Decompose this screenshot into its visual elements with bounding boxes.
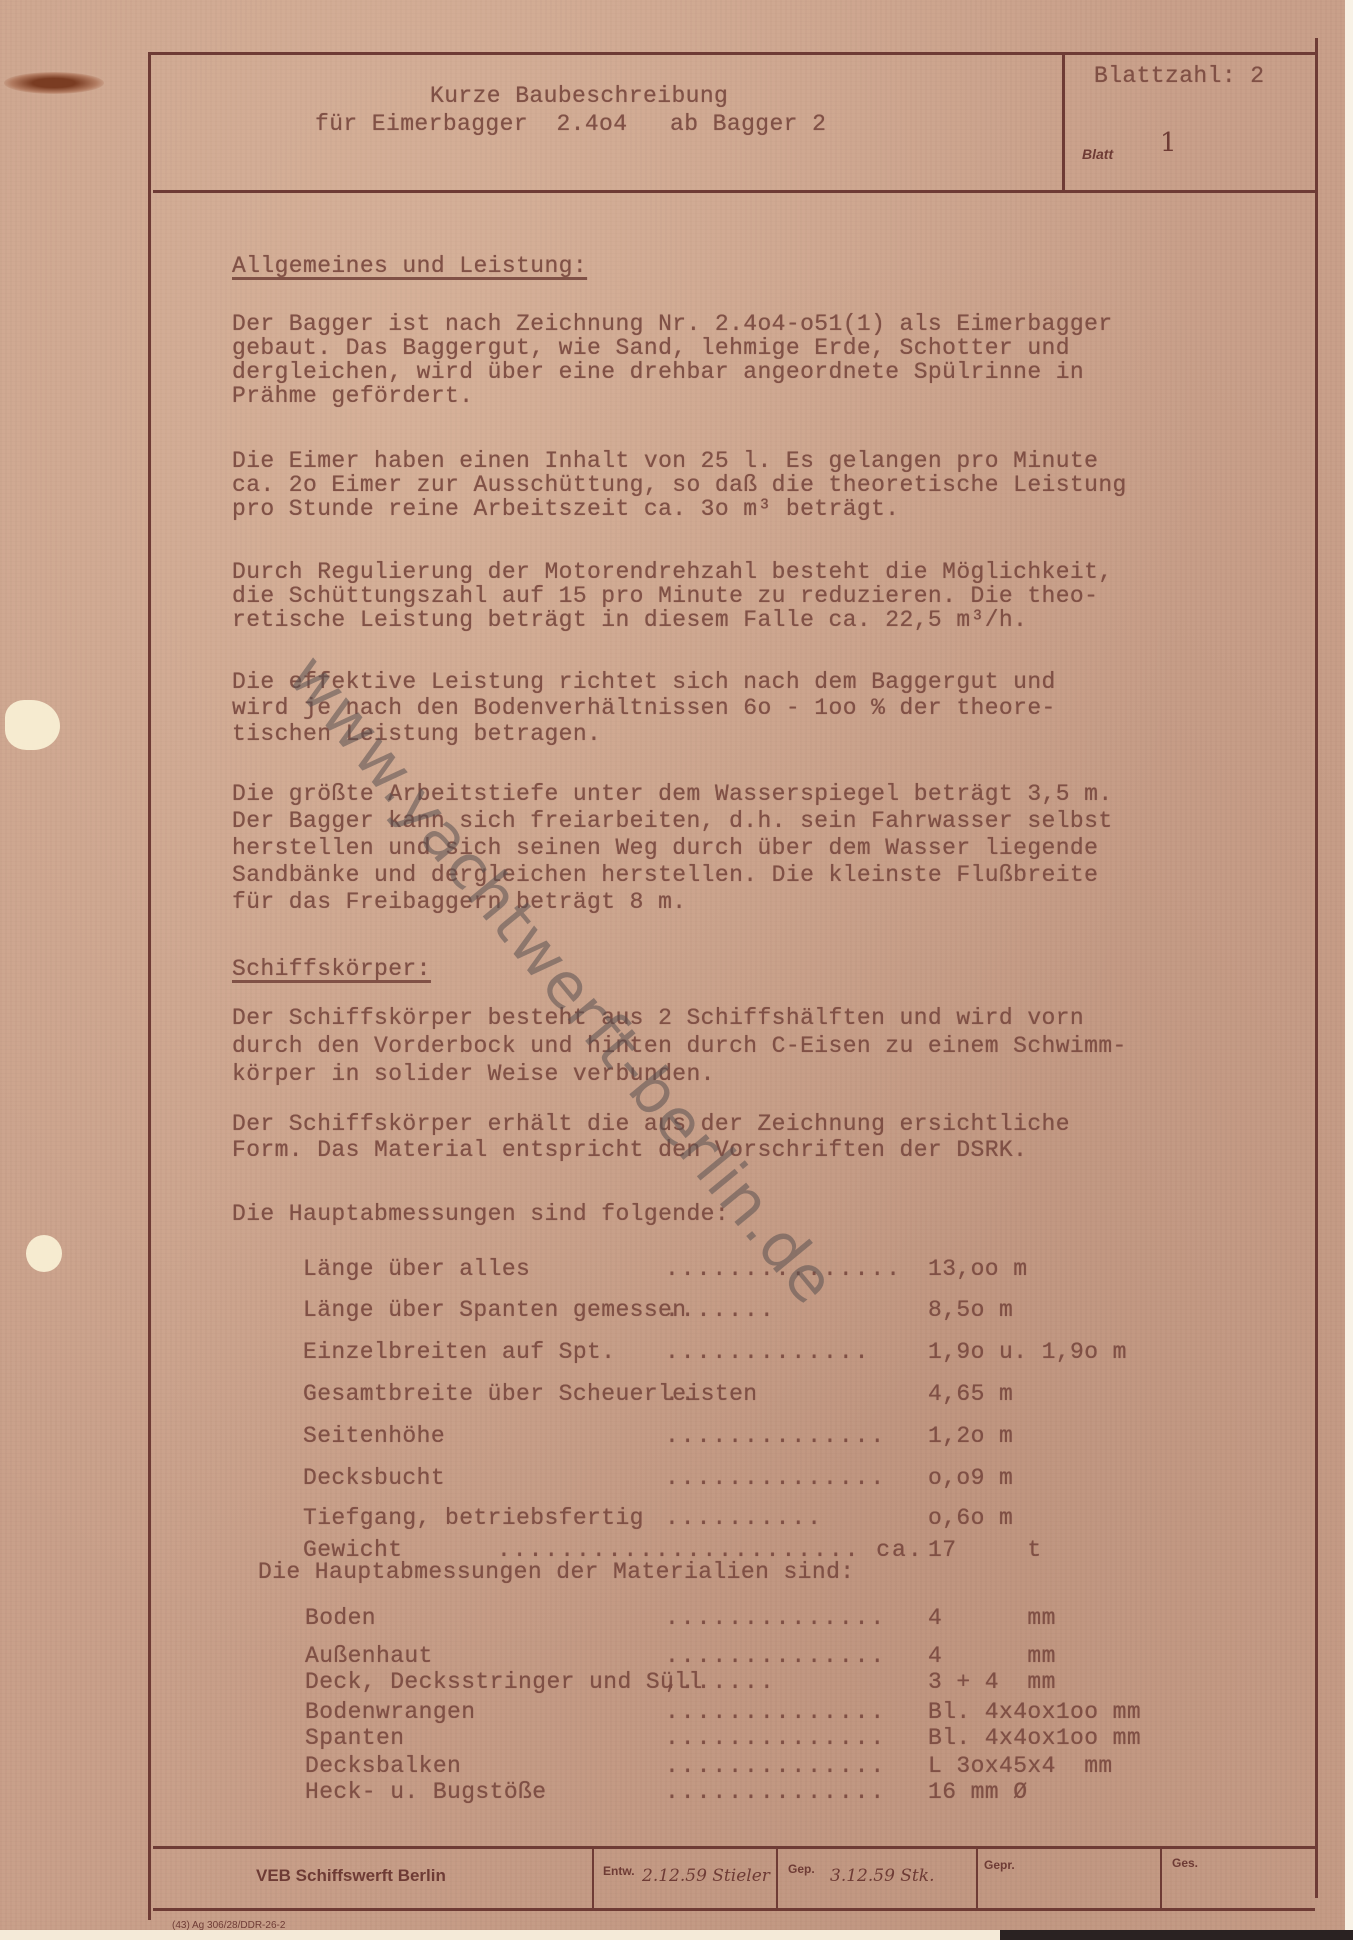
dimension-value: o,o9 m [928, 1464, 1013, 1492]
footer-col-2 [776, 1846, 778, 1908]
approved-label: Gepr. [984, 1858, 1015, 1872]
frame-left [148, 52, 151, 1920]
material-label: Decksbalken [305, 1752, 461, 1780]
material-value: L 3ox45x4 mm [928, 1752, 1113, 1780]
dimension-value: o,6o m [928, 1504, 1013, 1532]
dimension-leader: .. [665, 1380, 697, 1408]
frame-right [1315, 38, 1318, 1898]
dimension-value: 8,5o m [928, 1296, 1013, 1324]
material-leader: .............. [665, 1642, 886, 1670]
paragraph-line: Der Bagger kann sich freiarbeiten, d.h. … [232, 807, 1113, 835]
material-label: Bodenwrangen [305, 1698, 475, 1726]
material-value: 16 mm Ø [928, 1778, 1027, 1806]
dimension-leader: ............. [665, 1338, 870, 1366]
paragraph-line: durch den Vorderbock und hinten durch C-… [232, 1032, 1127, 1060]
materials-intro: Die Hauptabmessungen der Materialien sin… [258, 1558, 855, 1586]
footer-bottom [153, 1908, 1315, 1911]
dimension-leader: ....... [665, 1296, 776, 1324]
footer-col-4 [1160, 1846, 1162, 1908]
material-value: 4 mm [928, 1604, 1056, 1632]
material-leader: .............. [665, 1724, 886, 1752]
dimension-leader: .......... [665, 1504, 823, 1532]
paragraph-line: Der Schiffskörper besteht aus 2 Schiffsh… [232, 1004, 1084, 1032]
punch-hole-torn [5, 700, 60, 750]
seen-label: Ges. [1172, 1856, 1198, 1870]
scan-edge [1345, 0, 1353, 1940]
company-name: VEB Schiffswerft Berlin [256, 1866, 446, 1886]
dimension-leader: .............. [665, 1422, 886, 1450]
material-value: 3 + 4 mm [928, 1668, 1056, 1696]
paragraph-line: retische Leistung beträgt in diesem Fall… [232, 606, 1027, 634]
paragraph-line: Sandbänke und dergleichen herstellen. Di… [232, 861, 1098, 889]
dimension-value: 1,2o m [928, 1422, 1013, 1450]
material-value: 4 mm [928, 1642, 1056, 1670]
dimension-value: 1,9o u. 1,9o m [928, 1338, 1127, 1366]
material-label: Deck, Decksstringer und Süll [305, 1668, 703, 1696]
frame-top [148, 52, 1318, 55]
doc-title-line2: für Eimerbagger 2.4o4 ab Bagger 2 [315, 110, 826, 138]
punch-hole [26, 1235, 62, 1272]
footer-top [153, 1846, 1315, 1849]
paragraph-line: herstellen und sich seinen Weg durch übe… [232, 834, 1098, 862]
dimension-label: Tiefgang, betriebsfertig [303, 1504, 644, 1532]
material-label: Spanten [305, 1724, 404, 1752]
section-heading-general: Allgemeines und Leistung: [232, 252, 587, 280]
dimension-leader: .............. [665, 1464, 886, 1492]
material-label: Boden [305, 1604, 376, 1632]
checked-value: 3.12.59 Stk. [830, 1866, 934, 1886]
paragraph-line: Prähme gefördert. [232, 382, 473, 410]
sheet-label: Blatt [1082, 146, 1113, 162]
header-bottom [153, 190, 1315, 193]
footer-col-3 [976, 1846, 978, 1908]
footer-col-1 [592, 1846, 594, 1908]
material-leader: .............. [665, 1778, 886, 1806]
material-leader: ,...... [665, 1668, 776, 1696]
checked-label: Gep. [788, 1862, 815, 1876]
paragraph-line: pro Stunde reine Arbeitszeit ca. 3o m³ b… [232, 495, 900, 523]
section-heading-hull: Schiffskörper: [232, 955, 431, 983]
sheet-count: Blattzahl: 2 [1094, 62, 1264, 90]
dimension-value: 13,oo m [928, 1255, 1027, 1283]
dimension-value: 17 t [928, 1536, 1042, 1564]
scan-edge-bottom [1000, 1930, 1353, 1940]
sheet-number: 1 [1160, 128, 1177, 158]
paragraph-line: Form. Das Material entspricht den Vorsch… [232, 1136, 1027, 1164]
material-label: Außenhaut [305, 1642, 433, 1670]
document-page: Kurze Baubeschreibung für Eimerbagger 2.… [0, 0, 1345, 1930]
form-number: (43) Ag 306/28/DDR-26-2 [172, 1920, 285, 1931]
paragraph-line: tischen Leistung betragen. [232, 720, 601, 748]
dimension-label: Decksbucht [303, 1464, 445, 1492]
material-value: Bl. 4x4ox1oo mm [928, 1698, 1141, 1726]
dimensions-intro: Die Hauptabmessungen sind folgende: [232, 1200, 729, 1228]
doc-title-line1: Kurze Baubeschreibung [430, 82, 728, 110]
header-divider [1062, 52, 1065, 192]
material-leader: .............. [665, 1752, 886, 1780]
material-value: Bl. 4x4ox1oo mm [928, 1724, 1141, 1752]
material-leader: .............. [665, 1604, 886, 1632]
dimension-value: 4,65 m [928, 1380, 1013, 1408]
dimension-label: Einzelbreiten auf Spt. [303, 1338, 615, 1366]
dimension-label: Länge über Spanten gemessen [303, 1296, 686, 1324]
material-leader: .............. [665, 1698, 886, 1726]
dimension-label: Seitenhöhe [303, 1422, 445, 1450]
drawn-value: 2.12.59 Stieler [642, 1866, 770, 1886]
staple-rust-mark [4, 72, 104, 94]
drawn-label: Entw. [603, 1864, 635, 1878]
dimension-label: Länge über alles [303, 1255, 530, 1283]
material-label: Heck- u. Bugstöße [305, 1778, 546, 1806]
